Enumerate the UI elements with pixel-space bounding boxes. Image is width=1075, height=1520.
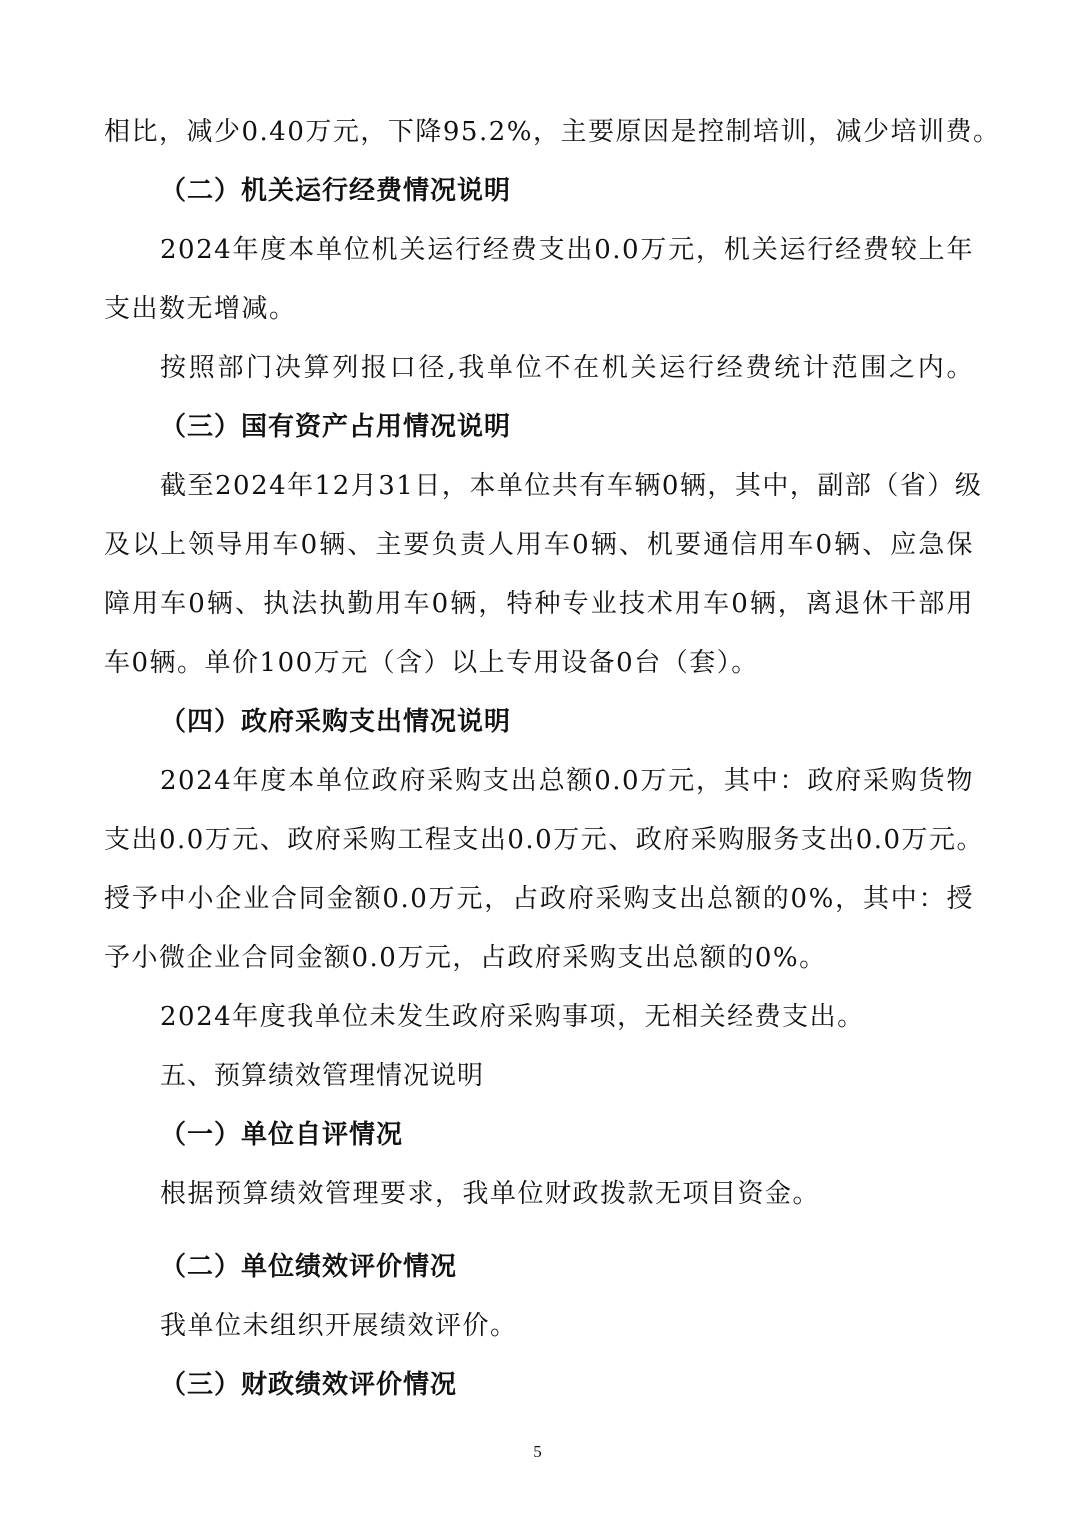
paragraph-operating-expenses: 2024年度本单位机关运行经费支出0.0万元，机关运行经费较上年 bbox=[160, 233, 974, 267]
subheading-operating-expenses: （二）机关运行经费情况说明 bbox=[160, 174, 974, 208]
subheading-state-assets: （三）国有资产占用情况说明 bbox=[160, 410, 974, 444]
paragraph-procurement: 2024年度本单位政府采购支出总额0.0万元，其中：政府采购货物 bbox=[160, 764, 974, 798]
subheading-self-evaluation: （一）单位自评情况 bbox=[160, 1118, 974, 1152]
page-number: 5 bbox=[0, 1442, 1075, 1462]
paragraph-procurement-cont-1: 支出0.0万元、政府采购工程支出0.0万元、政府采购服务支出0.0万元。 bbox=[104, 823, 974, 857]
subheading-unit-performance-evaluation: （二）单位绩效评价情况 bbox=[160, 1250, 974, 1284]
paragraph-procurement-cont-3: 予小微企业合同金额0.0万元，占政府采购支出总额的0%。 bbox=[104, 941, 974, 975]
paragraph-operating-expenses-cont: 支出数无增减。 bbox=[104, 292, 974, 326]
paragraph-procurement-cont-2: 授予中小企业合同金额0.0万元，占政府采购支出总额的0%，其中：授 bbox=[104, 882, 974, 916]
subheading-government-procurement: （四）政府采购支出情况说明 bbox=[160, 705, 974, 739]
paragraph-vehicles-cont-3: 车0辆。单价100万元（含）以上专用设备0台（套）。 bbox=[104, 646, 974, 680]
paragraph-unit-performance-evaluation: 我单位未组织开展绩效评价。 bbox=[160, 1309, 974, 1343]
paragraph-reporting-scope: 按照部门决算列报口径,我单位不在机关运行经费统计范围之内。 bbox=[160, 351, 974, 385]
heading-performance-management: 五、预算绩效管理情况说明 bbox=[160, 1059, 974, 1093]
paragraph-no-procurement: 2024年度我单位未发生政府采购事项，无相关经费支出。 bbox=[160, 1000, 974, 1034]
paragraph-vehicles: 截至2024年12月31日，本单位共有车辆0辆，其中，副部（省）级 bbox=[160, 469, 974, 503]
paragraph-vehicles-cont-2: 障用车0辆、执法执勤用车0辆，特种专业技术用车0辆，离退休干部用 bbox=[104, 587, 974, 621]
paragraph-continuation-training-fee: 相比，减少0.40万元，下降95.2%，主要原因是控制培训，减少培训费。 bbox=[104, 115, 974, 149]
paragraph-vehicles-cont-1: 及以上领导用车0辆、主要负责人用车0辆、机要通信用车0辆、应急保 bbox=[104, 528, 974, 562]
paragraph-self-evaluation: 根据预算绩效管理要求，我单位财政拨款无项目资金。 bbox=[160, 1177, 974, 1211]
subheading-fiscal-performance-evaluation: （三）财政绩效评价情况 bbox=[160, 1368, 974, 1402]
